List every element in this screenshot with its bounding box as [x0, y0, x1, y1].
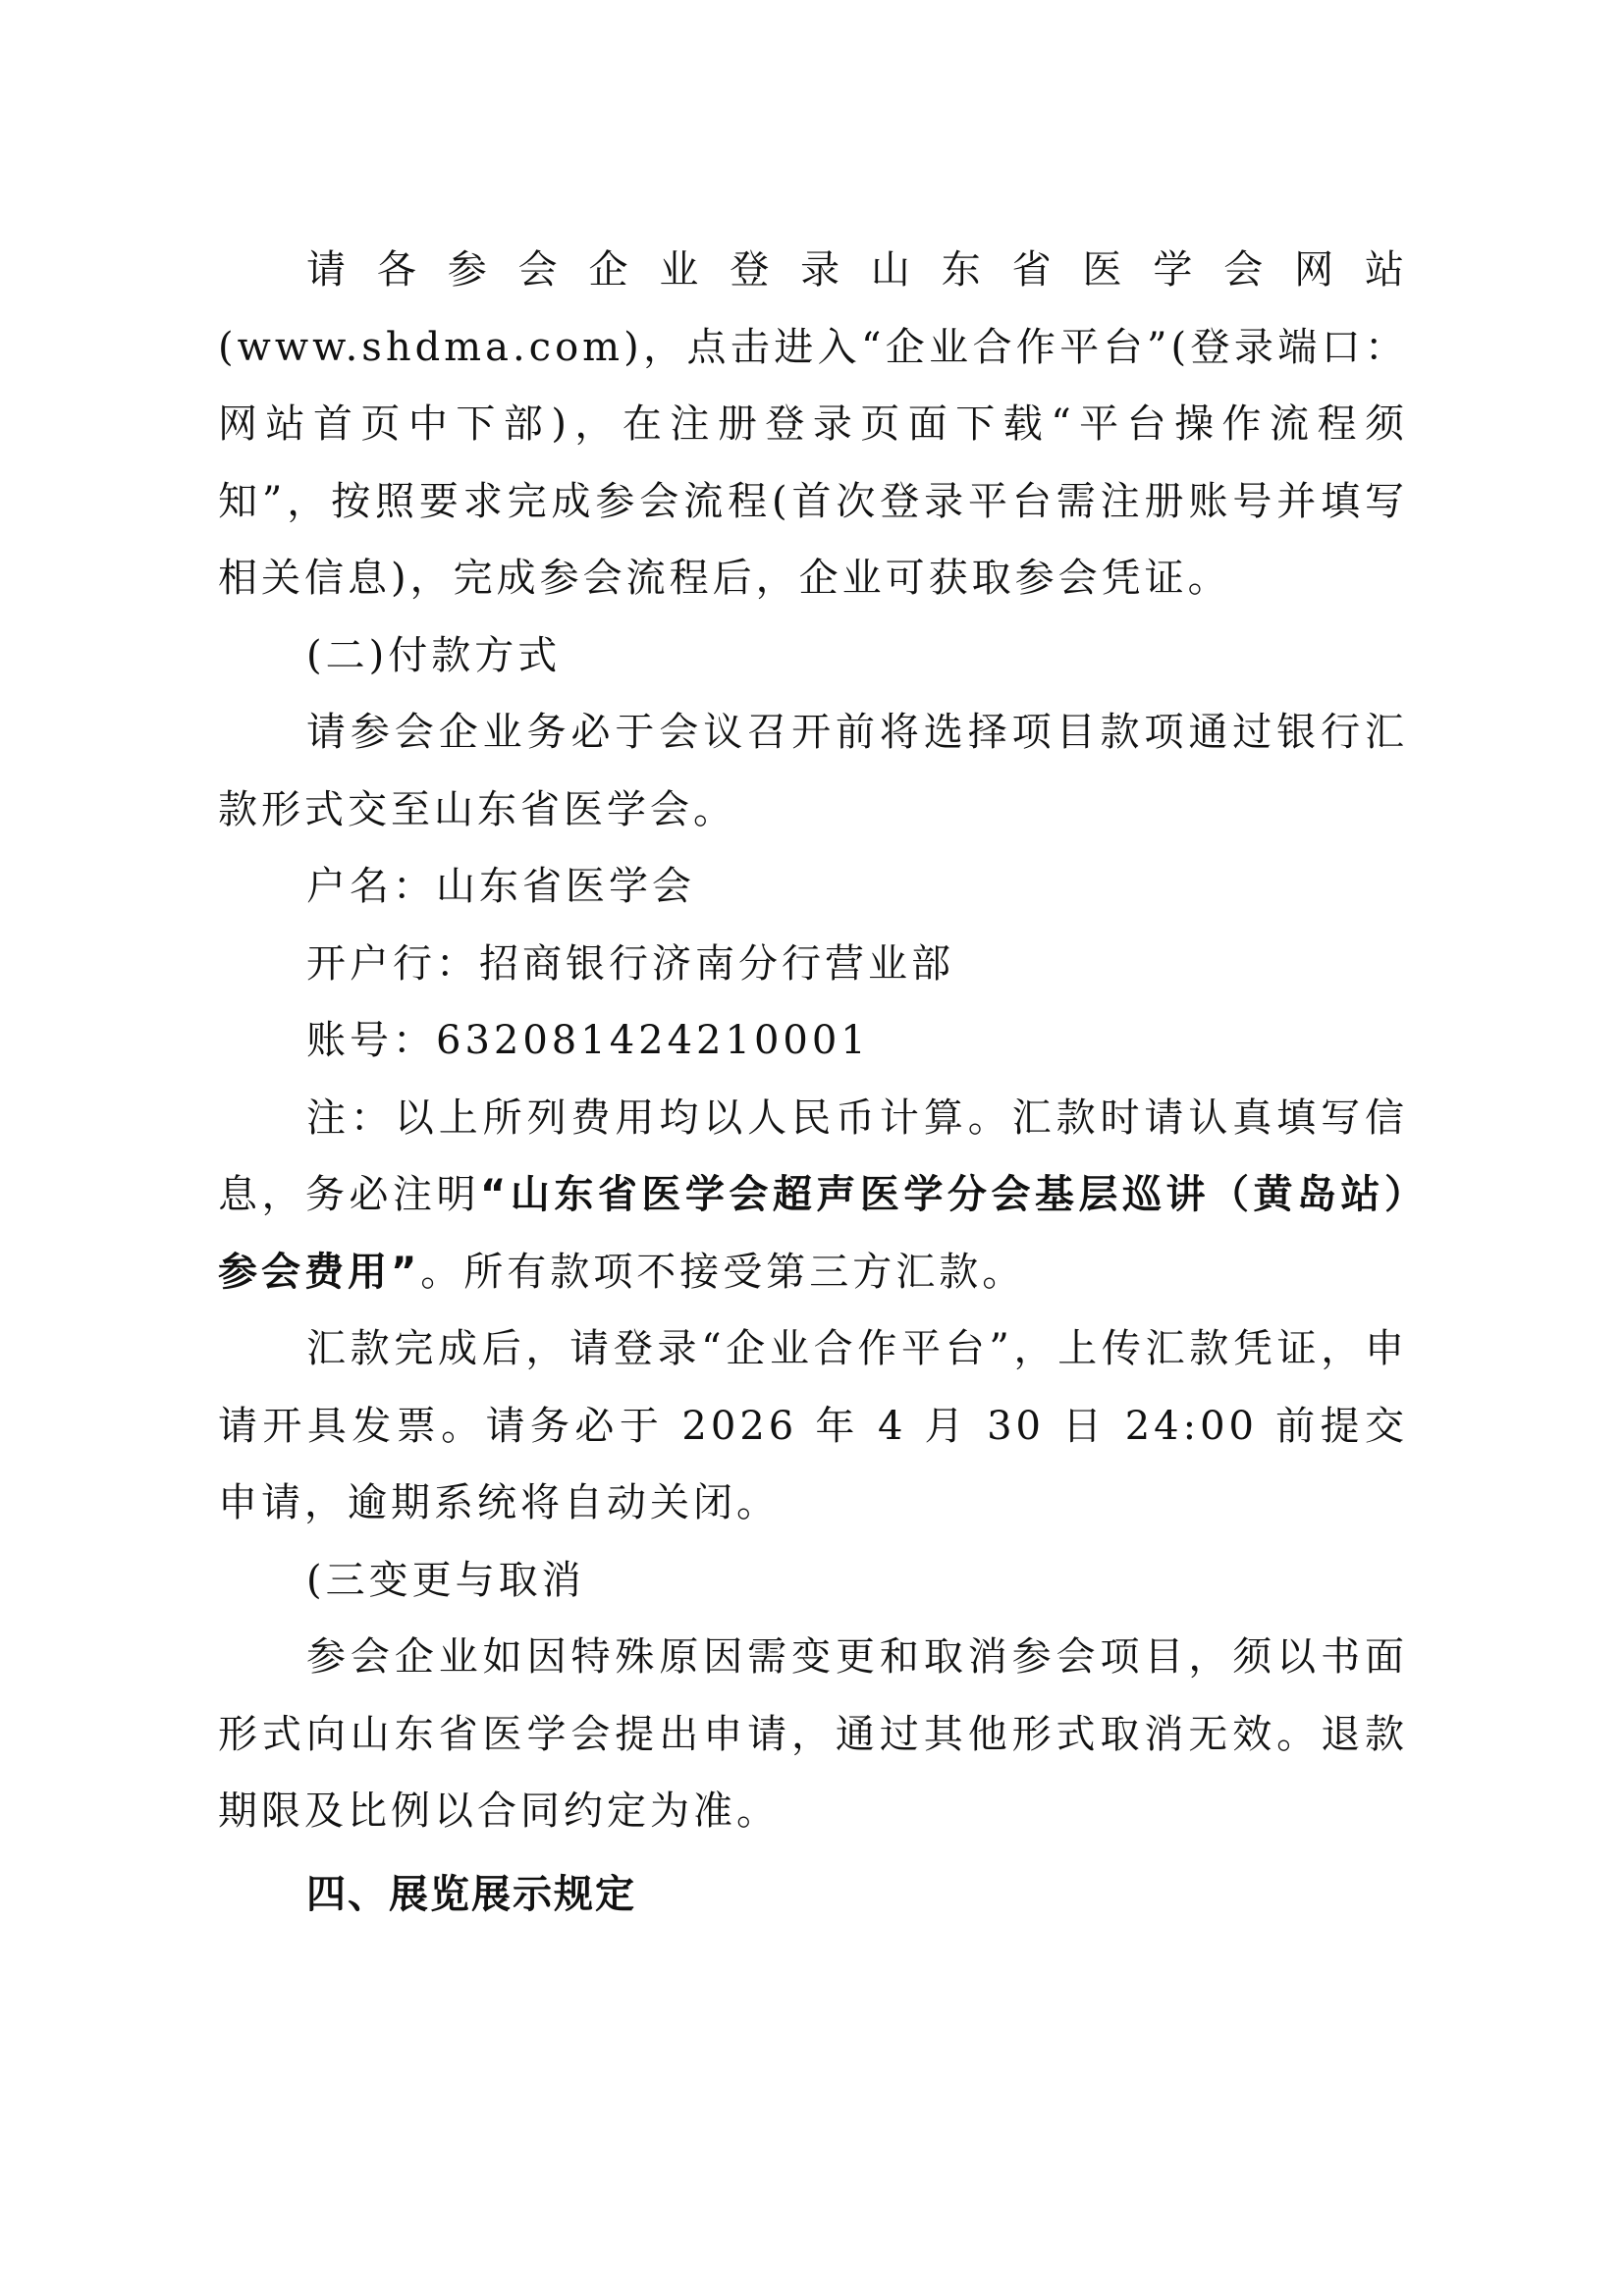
bank-value: 招商银行济南分行营业部	[479, 941, 954, 987]
account-name-label: 户名：	[306, 864, 436, 909]
account-number-line: 账号：632081424210001	[218, 1002, 1408, 1080]
payment-intro: 请参会企业务必于会议召开前将选择项目款项通过银行汇款形式交至山东省医学会。	[218, 694, 1408, 848]
note-suffix: 。所有款项不接受第三方汇款。	[420, 1250, 1025, 1295]
section-four-heading: 四、展览展示规定	[218, 1856, 1408, 1934]
payment-note: 注：以上所列费用均以人民币计算。汇款时请认真填写信息，务必注明“山东省医学会超声…	[218, 1080, 1408, 1311]
account-number-label: 账号：	[306, 1018, 436, 1063]
document-page: 请各参会企业登录山东省医学会网站(www.shdma.com)，点击进入“企业合…	[218, 232, 1408, 1933]
change-heading: (三变更与取消	[218, 1542, 1408, 1620]
account-number-value: 632081424210001	[436, 1018, 870, 1063]
account-name-line: 户名：山东省医学会	[218, 848, 1408, 926]
change-body: 参会企业如因特殊原因需变更和取消参会项目，须以书面形式向山东省医学会提出申请，通…	[218, 1619, 1408, 1850]
bank-label: 开户行：	[306, 941, 479, 987]
invoice-paragraph: 汇款完成后，请登录“企业合作平台”，上传汇款凭证，申请开具发票。请务必于 202…	[218, 1310, 1408, 1542]
registration-paragraph: 请各参会企业登录山东省医学会网站(www.shdma.com)，点击进入“企业合…	[218, 232, 1408, 617]
payment-heading: (二)付款方式	[218, 617, 1408, 695]
bank-line: 开户行：招商银行济南分行营业部	[218, 926, 1408, 1003]
account-name-value: 山东省医学会	[436, 864, 695, 909]
